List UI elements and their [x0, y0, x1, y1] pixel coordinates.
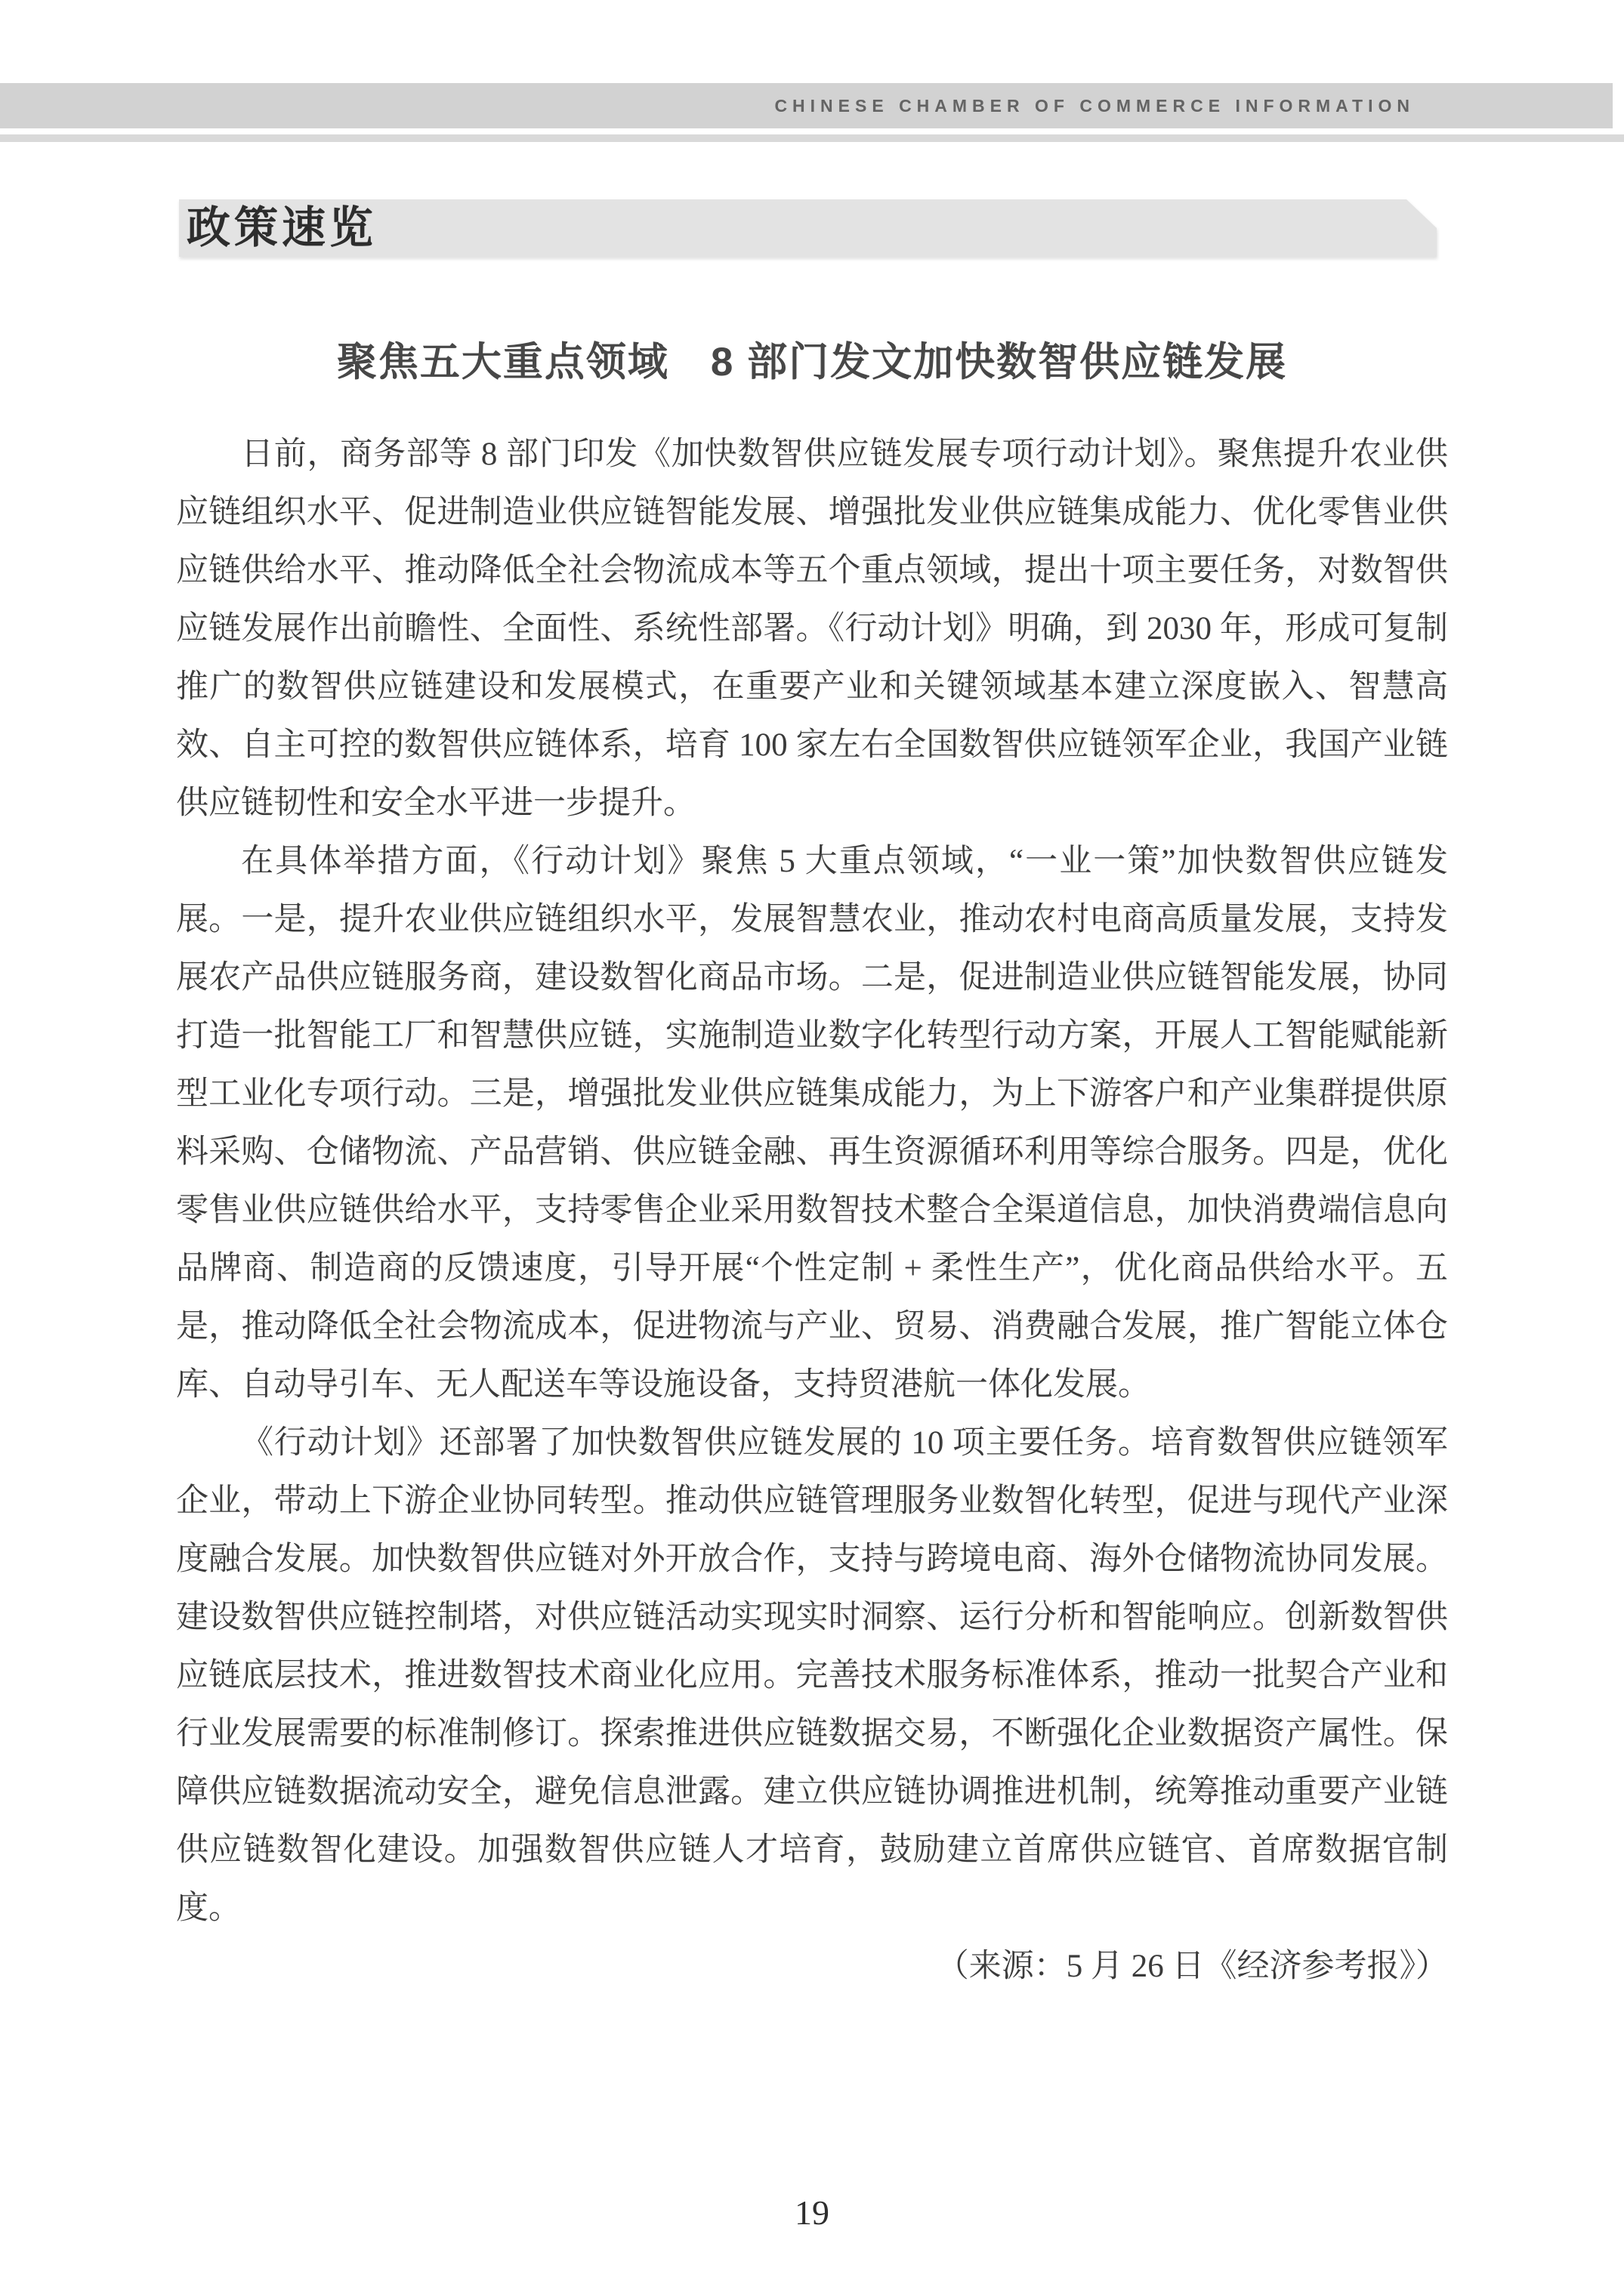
magazine-page: CHINESE CHAMBER OF COMMERCE INFORMATION …: [0, 0, 1624, 2293]
page-number: 19: [0, 2193, 1624, 2233]
source-attribution: （来源：5 月 26 日《经济参考报》）: [176, 1937, 1448, 1995]
journal-title: CHINESE CHAMBER OF COMMERCE INFORMATION: [774, 96, 1415, 116]
section-banner-shape: 政策速览: [179, 199, 1437, 257]
article-body: 日前，商务部等 8 部门印发《加快数智供应链发展专项行动计划》。聚焦提升农业供应…: [176, 425, 1448, 1995]
journal-header-bar: CHINESE CHAMBER OF COMMERCE INFORMATION: [0, 83, 1613, 128]
section-banner-label: 政策速览: [179, 199, 377, 257]
article-title: 聚焦五大重点领域 8 部门发文加快数智供应链发展: [176, 336, 1448, 389]
header-divider-bar: [0, 134, 1624, 142]
section-banner: 政策速览: [179, 199, 1437, 257]
article-paragraph-1: 日前，商务部等 8 部门印发《加快数智供应链发展专项行动计划》。聚焦提升农业供应…: [176, 425, 1448, 832]
article: 聚焦五大重点领域 8 部门发文加快数智供应链发展 日前，商务部等 8 部门印发《…: [176, 336, 1448, 1995]
article-paragraph-2: 在具体举措方面，《行动计划》聚焦 5 大重点领域，“一业一策”加快数智供应链发展…: [176, 832, 1448, 1414]
article-paragraph-3: 《行动计划》还部署了加快数智供应链发展的 10 项主要任务。培育数智供应链领军企…: [176, 1414, 1448, 1937]
